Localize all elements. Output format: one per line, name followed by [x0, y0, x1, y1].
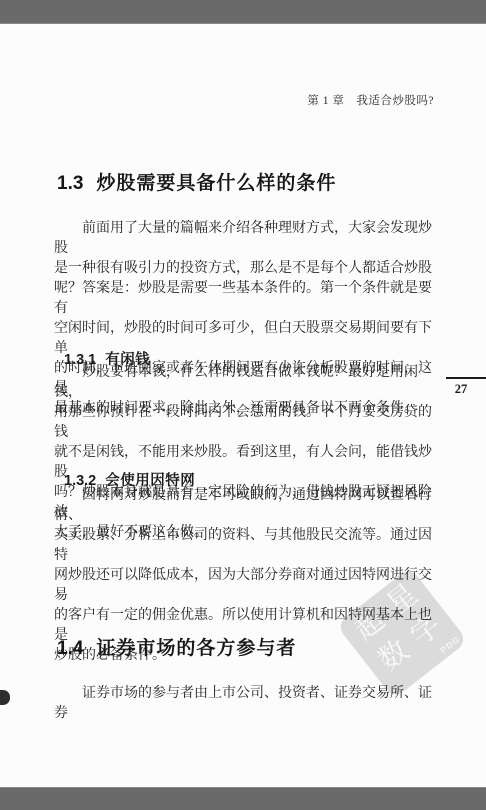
section-title-text: 证券市场的各方参与者 [96, 638, 296, 659]
section-number: 1.3 [57, 173, 83, 194]
scanned-book-page: 第 1 章 我适合炒股吗? 1.3炒股需要具备什么样的条件 前面用了大量的篇幅来… [0, 0, 486, 810]
section-title-1-3: 1.3炒股需要具备什么样的条件 [57, 168, 336, 195]
section-number: 1.4 [57, 638, 83, 659]
paragraph-market-participants: 证券市场的参与者由上市公司、投资者、证券交易所、证券 [54, 684, 444, 724]
running-head: 第 1 章 我适合炒股吗? [307, 92, 434, 108]
scan-edge-bottom [0, 787, 486, 810]
section-title-1-4: 1.4证券市场的各方参与者 [57, 633, 296, 660]
page-number-rule [446, 377, 486, 379]
page-number: 27 [446, 382, 476, 397]
scan-edge-top [0, 0, 486, 24]
scan-artifact-blob [0, 690, 10, 705]
section-title-text: 炒股需要具备什么样的条件 [96, 173, 336, 194]
